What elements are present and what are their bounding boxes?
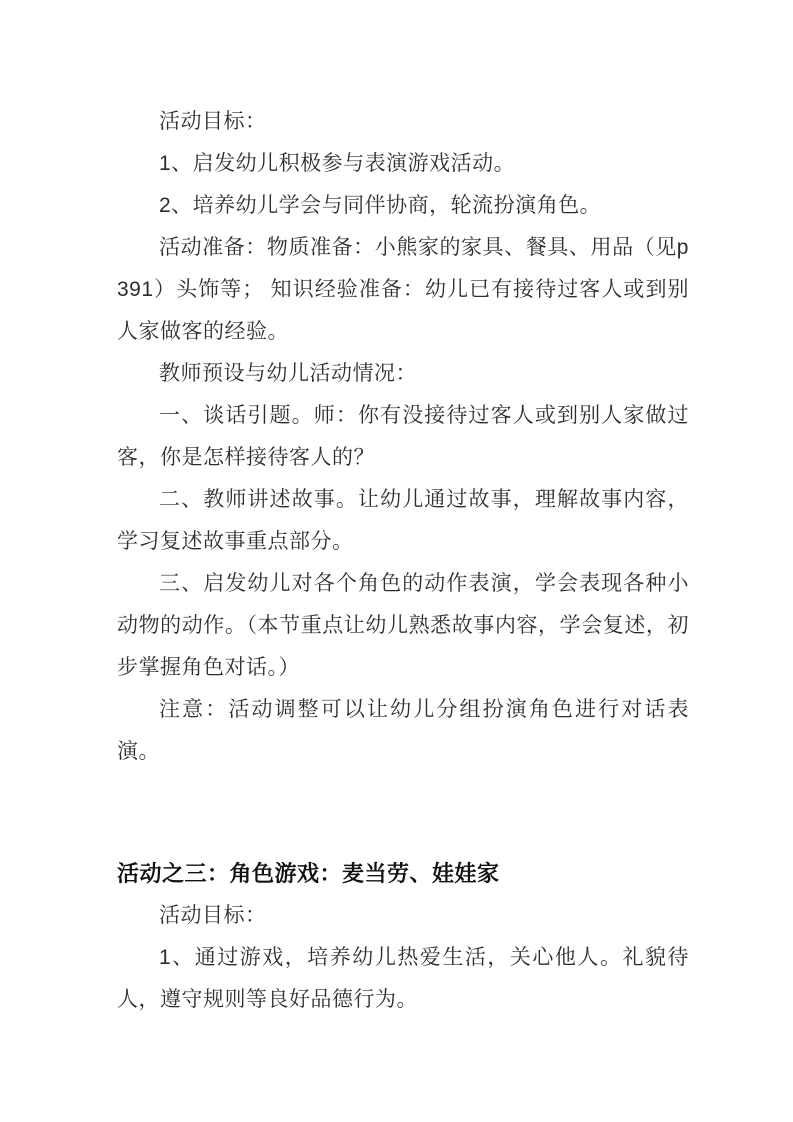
document-page: 活动目标： 1、启发幼儿积极参与表演游戏活动。 2、培养幼儿学会与同伴协商，轮流… — [0, 0, 793, 1122]
paragraph-step-3: 三、启发幼儿对各个角色的动作表演，学会表现各种小动物的动作。（本节重点让幼儿熟悉… — [117, 563, 689, 689]
paragraph-step-2: 二、教师讲述故事。让幼儿通过故事，理解故事内容，学习复述故事重点部分。 — [117, 479, 689, 563]
paragraph-activity3-goals-title: 活动目标： — [117, 895, 689, 937]
paragraph-activity3-goal-1: 1、通过游戏，培养幼儿热爱生活，关心他人。礼貌待人，遵守规则等良好品德行为。 — [117, 937, 689, 1021]
paragraph-note: 注意：活动调整可以让幼儿分组扮演角色进行对话表演。 — [117, 689, 689, 773]
section-gap — [117, 773, 689, 853]
paragraph-goal-2: 2、培养幼儿学会与同伴协商，轮流扮演角色。 — [117, 185, 689, 227]
section-heading-activity-3: 活动之三：角色游戏：麦当劳、娃娃家 — [117, 853, 689, 895]
paragraph-goal-1: 1、启发幼儿积极参与表演游戏活动。 — [117, 143, 689, 185]
document-body: 活动目标： 1、启发幼儿积极参与表演游戏活动。 2、培养幼儿学会与同伴协商，轮流… — [117, 101, 689, 1021]
paragraph-teacher-preset-title: 教师预设与幼儿活动情况： — [117, 353, 689, 395]
paragraph-step-1: 一、谈话引题。师：你有没接待过客人或到别人家做过客，你是怎样接待客人的？ — [117, 395, 689, 479]
paragraph-activity-preparation: 活动准备：物质准备：小熊家的家具、餐具、用品（见p391）头饰等； 知识经验准备… — [117, 227, 689, 353]
paragraph-activity-goals-title: 活动目标： — [117, 101, 689, 143]
